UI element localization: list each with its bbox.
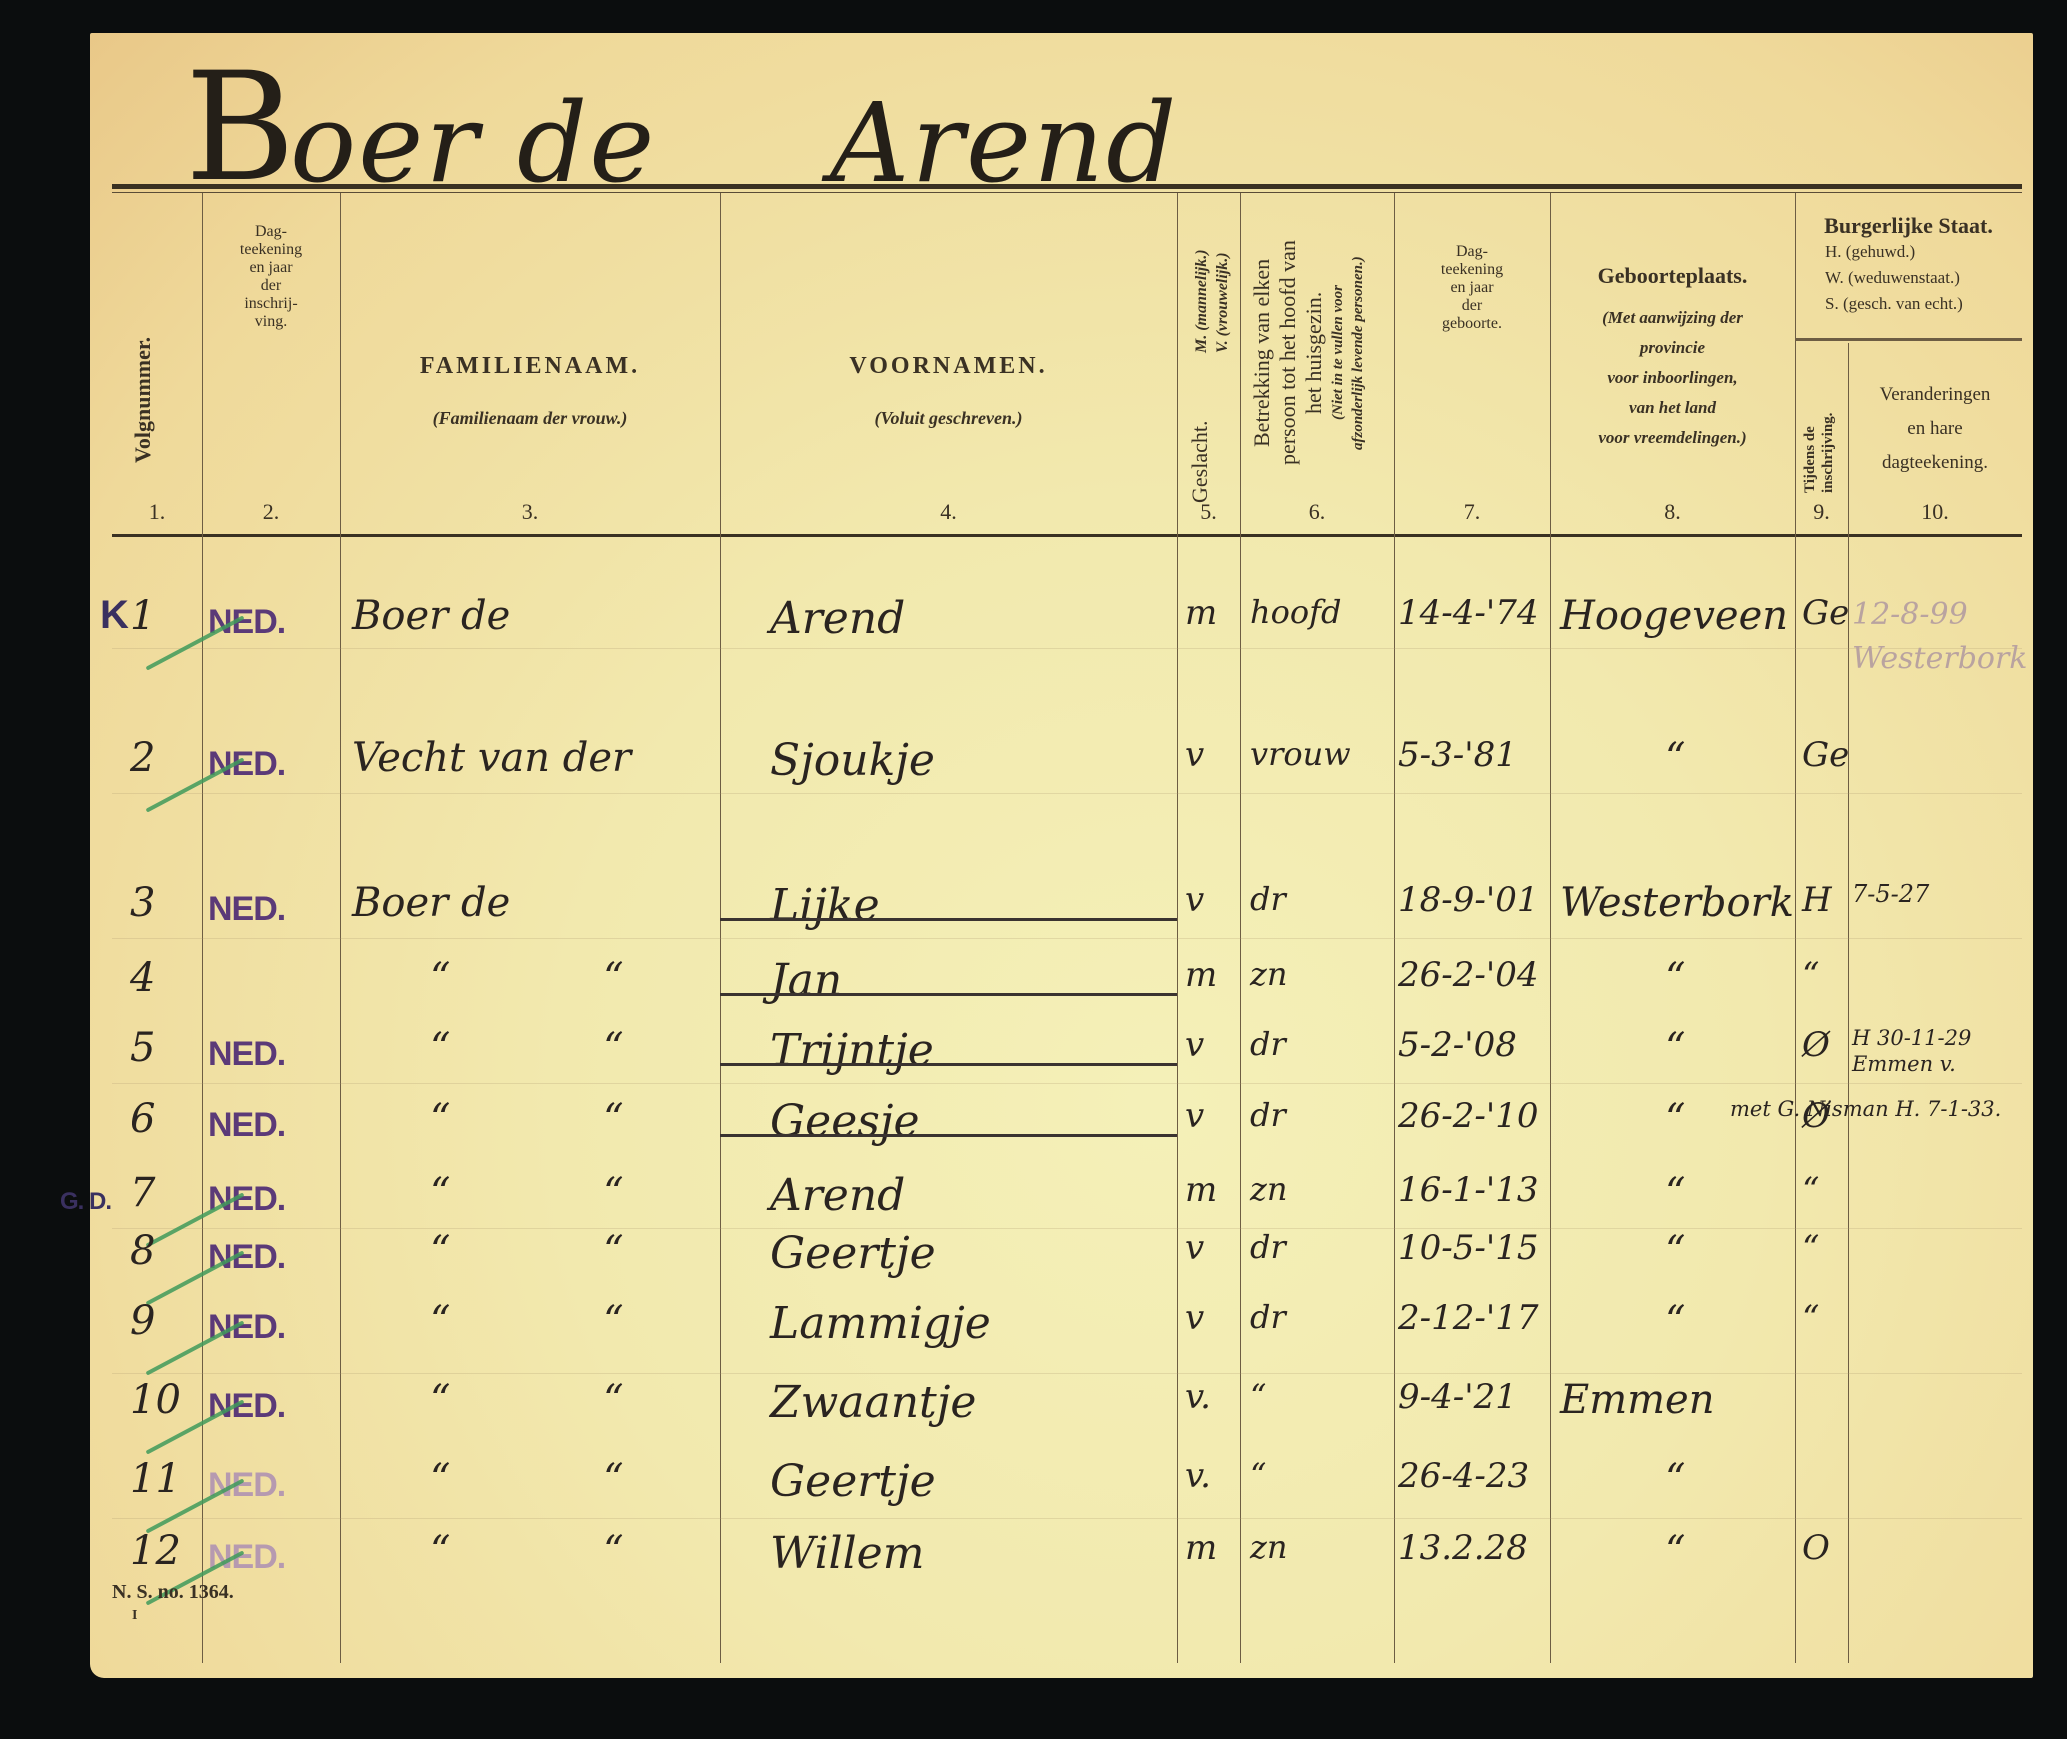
green-check-mark xyxy=(145,615,244,670)
col-divider-4 xyxy=(1177,193,1178,1663)
row-relation: dr xyxy=(1250,1298,1286,1336)
col-divider-5 xyxy=(1240,193,1241,1663)
row-annotation-mark: G. D. xyxy=(60,1188,111,1216)
row-civil-status: Ge xyxy=(1802,735,1849,775)
row-birth-date: 14-4-'74 xyxy=(1398,593,1538,633)
row-birthplace: Westerbork xyxy=(1560,880,1794,926)
header-line: teekening xyxy=(202,241,340,259)
col-number: 4. xyxy=(720,499,1177,525)
strikethrough-line xyxy=(720,1063,1177,1066)
row-sex: v xyxy=(1185,1298,1204,1338)
strikethrough-line xyxy=(720,918,1177,921)
header-veranderingen: Veranderingen en hare dagteekening. xyxy=(1848,378,2022,480)
row-given-names: Arend xyxy=(770,593,905,644)
row-number: 9 xyxy=(130,1298,155,1344)
col-number: 5. xyxy=(1177,499,1240,525)
row-annotation-mark: K xyxy=(100,593,128,638)
row-sex: v xyxy=(1185,880,1204,920)
header-betrekking-3: het huisgezin. xyxy=(1302,203,1326,503)
header-line: Dag- xyxy=(1394,243,1550,261)
header-line: ving. xyxy=(202,313,340,331)
row-surname: “ “ xyxy=(430,1377,694,1423)
row-relation: zn xyxy=(1250,955,1287,993)
header-betrekking-note-2: afzonderlijk levende personen.) xyxy=(1350,203,1367,503)
header-line: Betrekking van elken xyxy=(1249,259,1274,447)
row-number: 4 xyxy=(130,955,155,1001)
row-surname: “ “ xyxy=(430,1456,694,1502)
row-civil-status: Ø xyxy=(1802,1025,1830,1065)
registration-card: B oer de Arend Volgnummer. Dag- teekenin… xyxy=(90,33,2033,1678)
row-birth-date: 16-1-'13 xyxy=(1398,1170,1538,1210)
row-given-names: Geertje xyxy=(770,1456,936,1507)
row-number: 11 xyxy=(130,1456,181,1502)
header-sex-m: M. (mannelijk.) xyxy=(1193,203,1211,353)
header-title: FAMILIENAAM. xyxy=(340,353,720,380)
row-birthplace: Hoogeveen xyxy=(1560,593,1788,639)
surname-initial: B xyxy=(185,53,295,203)
header-notes: (Met aanwijzing der provincie voor inboo… xyxy=(1550,303,1795,453)
header-line: en hare xyxy=(1848,412,2022,446)
row-number: 7 xyxy=(130,1170,155,1216)
surname-handwritten: oer de xyxy=(290,88,656,198)
row-number: 2 xyxy=(130,735,155,781)
row-surname: “ “ xyxy=(430,1228,694,1274)
col-number: 9. xyxy=(1795,499,1848,525)
row-surname: “ “ xyxy=(430,1170,694,1216)
header-line: teekening xyxy=(1394,261,1550,279)
form-number: N. S. no. 1364. xyxy=(112,1581,234,1604)
row-birth-date: 18-9-'01 xyxy=(1398,880,1538,920)
row-birthplace: “ xyxy=(1665,1298,1685,1344)
row-civil-status: Ge xyxy=(1802,593,1849,633)
header-line: (Met aanwijzing der xyxy=(1550,303,1795,333)
row-civil-status: “ xyxy=(1802,1228,1819,1268)
ruled-line xyxy=(112,1518,2022,1519)
row-changes: 12-8-99 Westerbork xyxy=(1852,593,2022,681)
row-changes: met G. Nisman H. 7-1-33. xyxy=(1730,1096,2030,1122)
ruled-line xyxy=(112,938,2022,939)
header-line: Veranderingen xyxy=(1848,378,2022,412)
green-check-mark xyxy=(145,1320,244,1375)
col-divider-6 xyxy=(1394,193,1395,1663)
header-betrekking-note: (Niet in te vullen voor xyxy=(1330,203,1347,503)
row-sex: m xyxy=(1185,593,1217,633)
header-title: Burgerlijke Staat. xyxy=(1795,213,2022,239)
row-civil-status: H xyxy=(1802,880,1832,920)
staat-s: S. (gesch. van echt.) xyxy=(1795,291,2022,317)
header-line: der xyxy=(1394,297,1550,315)
header-inschrijving: Dag- teekening en jaar der inschrij- vin… xyxy=(202,223,340,331)
row-given-names: Geertje xyxy=(770,1228,936,1279)
col-number: 10. xyxy=(1848,499,2022,525)
row-number: 5 xyxy=(130,1025,155,1071)
nationality-stamp: NED. xyxy=(208,1538,285,1577)
header-tijdens: Tijdens de xyxy=(1802,353,1819,493)
ruled-line xyxy=(112,1228,2022,1229)
row-birthplace: “ xyxy=(1665,955,1685,1001)
given-name-handwritten: Arend xyxy=(830,88,1178,198)
row-birth-date: 26-4-23 xyxy=(1398,1456,1529,1496)
row-relation: zn xyxy=(1250,1170,1287,1208)
row-birth-date: 2-12-'17 xyxy=(1398,1298,1538,1338)
header-bottom-rule xyxy=(112,534,2022,537)
row-relation: “ xyxy=(1250,1456,1266,1494)
row-number: 3 xyxy=(130,880,155,926)
row-number: 12 xyxy=(130,1528,181,1574)
row-surname: “ “ xyxy=(430,1096,694,1142)
row-birthplace: “ xyxy=(1665,1228,1685,1274)
row-birthplace: “ xyxy=(1665,1096,1685,1142)
header-betrekking: Betrekking van elken xyxy=(1250,203,1274,503)
row-given-names: Willem xyxy=(770,1528,924,1579)
row-sex: v xyxy=(1185,735,1204,775)
row-given-names: Lijke xyxy=(770,880,880,931)
nationality-stamp: NED. xyxy=(208,1035,285,1074)
row-birth-date: 9-4-'21 xyxy=(1398,1377,1517,1417)
row-sex: v xyxy=(1185,1096,1204,1136)
row-given-names: Jan xyxy=(770,955,842,1006)
row-number: 10 xyxy=(130,1377,181,1423)
row-birthplace: “ xyxy=(1665,735,1685,781)
row-number: 6 xyxy=(130,1096,155,1142)
header-burgerlijke-staat: Burgerlijke Staat. H. (gehuwd.) W. (wedu… xyxy=(1795,213,2022,317)
row-civil-status: “ xyxy=(1802,1298,1819,1338)
row-birthplace: “ xyxy=(1665,1456,1685,1502)
header-familienaam: FAMILIENAAM. (Familienaam der vrouw.) xyxy=(340,353,720,429)
header-line: persoon tot het hoofd van xyxy=(1275,241,1300,466)
col-number: 8. xyxy=(1550,499,1795,525)
row-sex: v. xyxy=(1185,1377,1211,1417)
row-given-names: Trijntje xyxy=(770,1025,934,1076)
row-surname: “ “ xyxy=(430,1528,694,1574)
header-line: en jaar xyxy=(202,259,340,277)
header-line: geboorte. xyxy=(1394,315,1550,333)
nationality-stamp: NED. xyxy=(208,603,285,642)
row-birth-date: 26-2-'04 xyxy=(1398,955,1538,995)
nationality-stamp: NED. xyxy=(208,1387,285,1426)
row-relation: “ xyxy=(1250,1377,1266,1415)
col-number: 3. xyxy=(340,499,720,525)
nationality-stamp: NED. xyxy=(208,1466,285,1505)
row-civil-status: “ xyxy=(1802,1170,1819,1210)
header-title: Geboorteplaats. xyxy=(1550,263,1795,289)
row-sex: m xyxy=(1185,1170,1217,1210)
row-birth-date: 10-5-'15 xyxy=(1398,1228,1538,1268)
row-surname: Boer de xyxy=(352,880,510,926)
staat-w: W. (weduwenstaat.) xyxy=(1795,265,2022,291)
row-relation: zn xyxy=(1250,1528,1287,1566)
ruled-line xyxy=(112,1373,2022,1374)
row-civil-status: O xyxy=(1802,1528,1830,1568)
header-line: provincie xyxy=(1550,333,1795,363)
row-relation: dr xyxy=(1250,1025,1286,1063)
row-birthplace: Emmen xyxy=(1560,1377,1715,1423)
col-number: 2. xyxy=(202,499,340,525)
header-top-rule-thin xyxy=(112,192,2022,193)
row-relation: hoofd xyxy=(1250,593,1341,631)
ruled-line xyxy=(112,1083,2022,1084)
row-sex: m xyxy=(1185,955,1217,995)
row-sex: v. xyxy=(1185,1456,1211,1496)
header-inschrijving-9: inschrijving. xyxy=(1820,353,1837,493)
staat-h: H. (gehuwd.) xyxy=(1795,239,2022,265)
strikethrough-line xyxy=(720,1134,1177,1137)
header-volgnummer: Volgnummer. xyxy=(130,263,156,463)
row-given-names: Geesje xyxy=(770,1096,920,1147)
green-check-mark xyxy=(145,757,244,812)
row-sex: m xyxy=(1185,1528,1217,1568)
col-number: 1. xyxy=(112,499,202,525)
row-relation: vrouw xyxy=(1250,735,1351,773)
row-surname: Vecht van der xyxy=(352,735,631,781)
header-line: dagteekening. xyxy=(1848,446,2022,480)
header-voornamen: VOORNAMEN. (Voluit geschreven.) xyxy=(720,353,1177,429)
ruled-line xyxy=(112,793,2022,794)
row-given-names: Arend xyxy=(770,1170,905,1221)
row-birthplace: “ xyxy=(1665,1528,1685,1574)
header-line: Dag- xyxy=(202,223,340,241)
row-relation: dr xyxy=(1250,880,1286,918)
row-birth-date: 5-3-'81 xyxy=(1398,735,1517,775)
row-given-names: Zwaantje xyxy=(770,1377,976,1428)
row-surname: “ “ xyxy=(430,1298,694,1344)
row-sex: v xyxy=(1185,1025,1204,1065)
nationality-stamp: NED. xyxy=(208,745,285,784)
green-check-mark xyxy=(145,1250,244,1305)
header-title: VOORNAMEN. xyxy=(720,353,1177,380)
header-line: voor inboorlingen, xyxy=(1550,363,1795,393)
header-top-rule xyxy=(112,184,2022,189)
row-changes: H 30-11-29 Emmen v. xyxy=(1852,1025,2052,1077)
staat-rule xyxy=(1795,338,2022,341)
header-betrekking-2: persoon tot het hoofd van xyxy=(1276,203,1300,503)
header-subtitle: (Familienaam der vrouw.) xyxy=(340,408,720,429)
row-surname: “ “ xyxy=(430,1025,694,1071)
form-subnumber: I xyxy=(132,1608,137,1624)
nationality-stamp: NED. xyxy=(208,1238,285,1277)
header-line: voor vreemdelingen.) xyxy=(1550,423,1795,453)
header-geslacht: Geslacht. xyxy=(1187,383,1213,503)
header-line: het huisgezin. xyxy=(1301,292,1326,414)
row-birth-date: 26-2-'10 xyxy=(1398,1096,1538,1136)
row-given-names: Lammigje xyxy=(770,1298,991,1349)
row-number: 1 xyxy=(130,593,155,639)
row-sex: v xyxy=(1185,1228,1204,1268)
col-number: 6. xyxy=(1240,499,1394,525)
header-subtitle: (Voluit geschreven.) xyxy=(720,408,1177,429)
row-birthplace: “ xyxy=(1665,1170,1685,1216)
row-relation: dr xyxy=(1250,1096,1286,1134)
col-divider-8 xyxy=(1795,193,1796,1663)
nationality-stamp: NED. xyxy=(208,1308,285,1347)
col-number: 7. xyxy=(1394,499,1550,525)
col-divider-1 xyxy=(202,193,203,1663)
header-line: van het land xyxy=(1550,393,1795,423)
header-line: inschrij- xyxy=(202,295,340,313)
header-sex-v: V. (vrouwelijk.) xyxy=(1214,203,1232,353)
row-number: 8 xyxy=(130,1228,155,1274)
row-changes: 7-5-27 xyxy=(1852,880,1929,908)
header-geboorte-datum: Dag- teekening en jaar der geboorte. xyxy=(1394,243,1550,333)
nationality-stamp: NED. xyxy=(208,890,285,929)
col-divider-9 xyxy=(1848,343,1849,1663)
row-given-names: Sjoukje xyxy=(770,735,935,786)
row-relation: dr xyxy=(1250,1228,1286,1266)
row-surname: Boer de xyxy=(352,593,510,639)
row-birth-date: 5-2-'08 xyxy=(1398,1025,1517,1065)
header-line: en jaar xyxy=(1394,279,1550,297)
ruled-line xyxy=(112,648,2022,649)
header-geboorteplaats: Geboorteplaats. (Met aanwijzing der prov… xyxy=(1550,263,1795,453)
row-birth-date: 13.2.28 xyxy=(1398,1528,1528,1568)
row-birthplace: “ xyxy=(1665,1025,1685,1071)
row-civil-status: “ xyxy=(1802,955,1819,995)
header-line: der xyxy=(202,277,340,295)
nationality-stamp: NED. xyxy=(208,1106,285,1145)
row-surname: “ “ xyxy=(430,955,694,1001)
strikethrough-line xyxy=(720,993,1177,996)
nationality-stamp: NED. xyxy=(208,1180,285,1219)
